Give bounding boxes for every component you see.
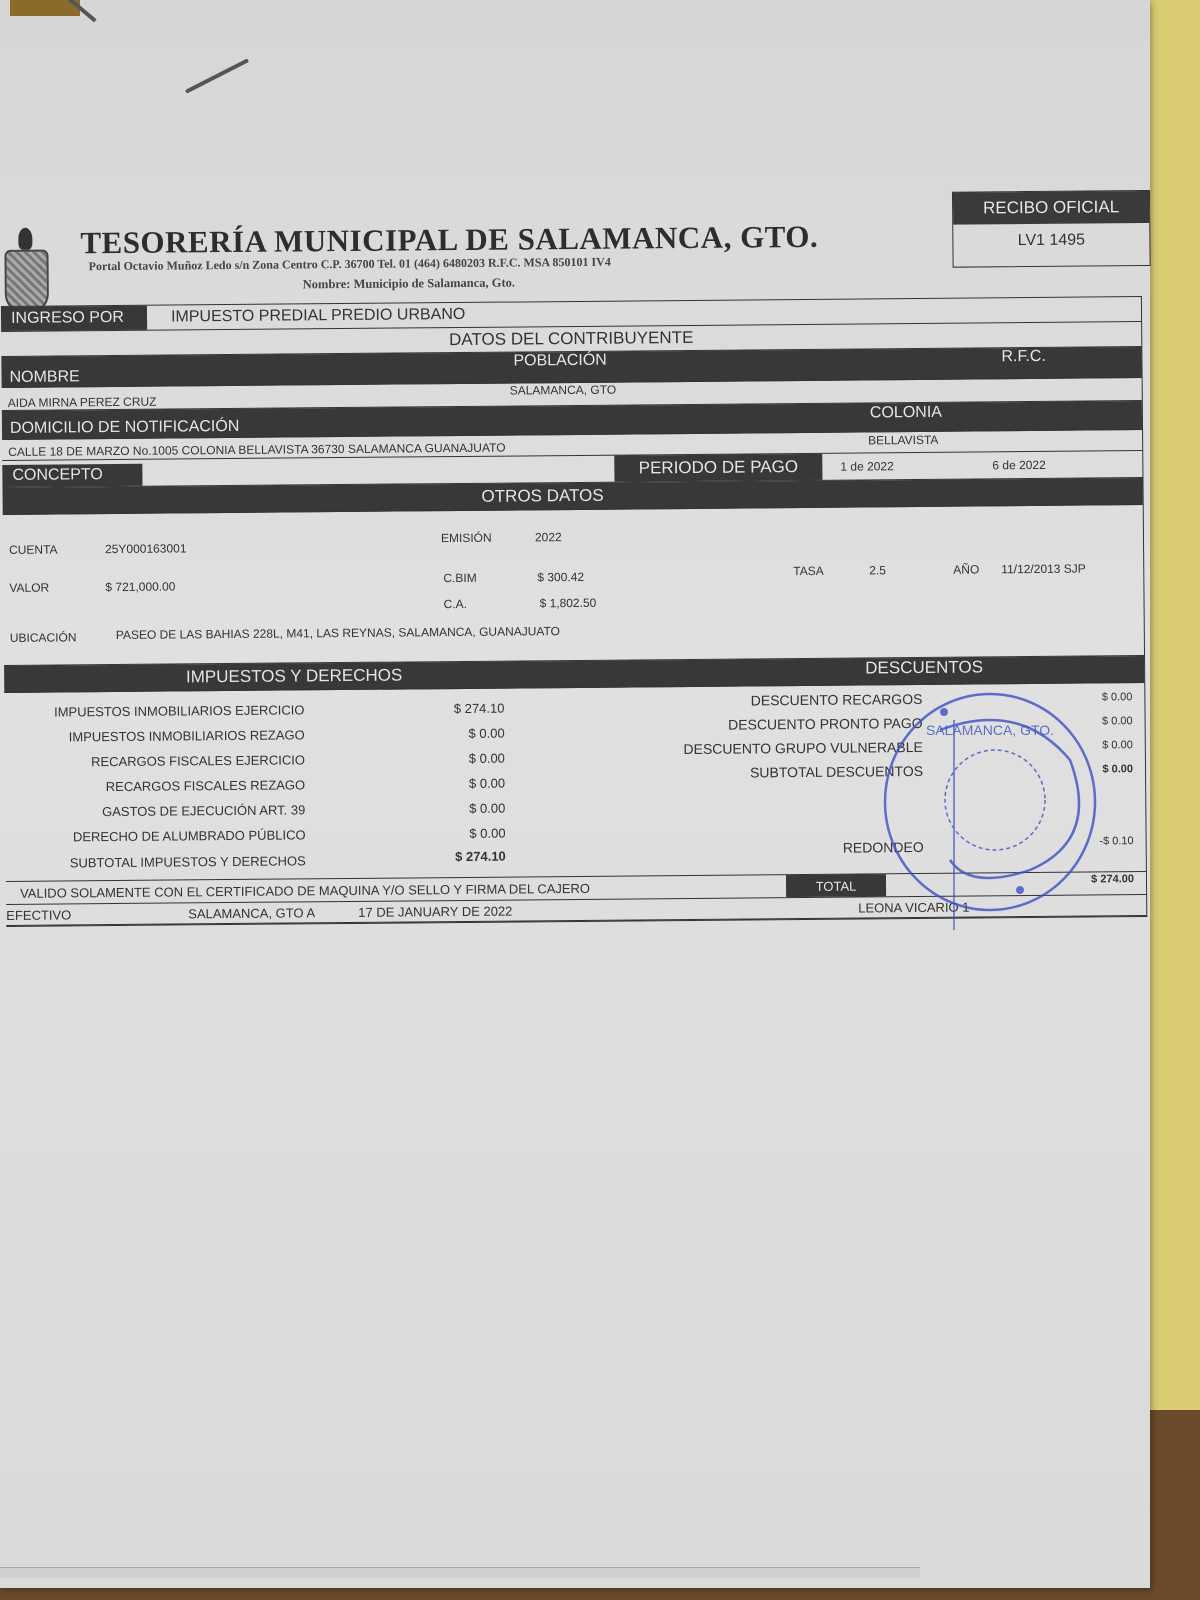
impuesto-label: RECARGOS FISCALES REZAGO [106,777,305,794]
background-wood-bottom [0,1586,1200,1600]
municipality-name: Nombre: Municipio de Salamanca, Gto. [303,276,515,293]
emision-value: 2022 [535,530,562,544]
ingreso-label: INGRESO POR [1,306,147,331]
subtotal-descuentos-amount: $ 0.00 [1102,763,1133,775]
anio-value: 11/12/2013 SJP [1001,562,1086,577]
receipt-form: INGRESO POR IMPUESTO PREDIAL PREDIO URBA… [1,296,1147,927]
ingreso-value: IMPUESTO PREDIAL PREDIO URBANO [171,303,465,330]
descuento-amount: $ 0.00 [1102,715,1133,727]
descuento-label: DESCUENTO RECARGOS [751,691,923,708]
subtotal-impuestos-label: SUBTOTAL IMPUESTOS Y DERECHOS [70,853,306,870]
subtotal-impuestos-amount: $ 274.10 [455,849,506,864]
total-amount: $ 274.00 [1091,868,1134,890]
emision-label: EMISIÓN [441,531,492,545]
total-label: TOTAL [786,874,886,897]
periodo-hasta: 6 de 2022 [992,452,1046,478]
valor-value: $ 721,000.00 [105,579,175,594]
cbim-value: $ 300.42 [537,570,584,584]
forma-pago: EFECTIVO [6,904,71,925]
impuesto-amount: $ 0.00 [469,751,505,766]
receipt-number: LV1 1495 [953,223,1149,251]
official-receipt: TESORERÍA MUNICIPAL DE SALAMANCA, GTO. P… [0,190,1140,200]
impuestos-title: IMPUESTOS Y DERECHOS [4,661,584,692]
municipal-crest-icon [4,228,45,312]
poblacion-value: SALAMANCA, GTO [510,379,617,402]
concepto-label: CONCEPTO [2,464,142,487]
redondeo-label: REDONDEO [843,839,924,856]
receipt-label: RECIBO OFICIAL [953,191,1149,225]
lugar: SALAMANCA, GTO A [188,902,315,923]
tasa-value: 2.5 [869,563,886,577]
impuesto-amount: $ 0.00 [469,826,505,841]
poblacion-label: POBLACIÓN [513,346,607,377]
ubicacion-value: PASEO DE LAS BAHIAS 228L, M41, LAS REYNA… [116,624,560,642]
tasa-label: TASA [793,564,824,578]
descuento-amount: $ 0.00 [1102,691,1133,703]
cbim-label: C.BIM [443,571,476,585]
descuentos-title: DESCUENTOS [804,654,1044,682]
paper-edge [0,1567,920,1578]
impuestos-descuentos-body: IMPUESTOS INMOBILIARIOS EJERCICIO $ 274.… [4,683,1146,881]
ca-label: C.A. [443,597,466,611]
impuesto-amount: $ 0.00 [468,726,504,741]
otros-datos-body: CUENTA 25Y000163001 EMISIÓN 2022 VALOR $… [3,505,1144,666]
descuento-label: DESCUENTO PRONTO PAGO [728,715,923,733]
subtotal-descuentos-label: SUBTOTAL DESCUENTOS [750,763,923,781]
redondeo-amount: -$ 0.10 [1099,835,1133,847]
periodo-label: PERIODO DE PAGO [614,454,822,482]
impuesto-amount: $ 0.00 [469,776,505,791]
impuesto-amount: $ 0.00 [469,801,505,816]
impuesto-label: DERECHO DE ALUMBRADO PÚBLICO [73,827,306,844]
colonia-label: COLONIA [870,399,942,428]
impuesto-label: IMPUESTOS INMOBILIARIOS REZAGO [69,727,305,744]
staple-mark [185,58,249,93]
rfc-label: R.F.C. [1001,342,1046,372]
impuesto-label: GASTOS DE EJECUCIÓN ART. 39 [102,802,305,819]
valor-label: VALOR [9,581,49,595]
caja: LEONA VICARIO 1 [858,897,969,918]
impuesto-amount: $ 274.10 [454,701,505,716]
impuesto-label: RECARGOS FISCALES EJERCICIO [91,752,305,769]
receipt-paper: TESORERÍA MUNICIPAL DE SALAMANCA, GTO. P… [0,0,1150,1588]
treasury-address: Portal Octavio Muñoz Ledo s/n Zona Centr… [89,255,611,275]
descuento-label: DESCUENTO GRUPO VULNERABLE [683,739,922,757]
receipt-number-box: RECIBO OFICIAL LV1 1495 [952,190,1151,268]
treasury-title: TESORERÍA MUNICIPAL DE SALAMANCA, GTO. [80,219,818,261]
descuento-amount: $ 0.00 [1102,739,1133,751]
colonia-value: BELLAVISTA [868,430,938,451]
cuenta-label: CUENTA [9,543,58,557]
anio-label: AÑO [953,562,979,576]
ubicacion-label: UBICACIÓN [10,630,77,645]
ca-value: $ 1,802.50 [539,596,596,610]
periodo-desde: 1 de 2022 [840,453,894,479]
fecha: 17 DE JANUARY DE 2022 [358,901,512,922]
cuenta-value: 25Y000163001 [105,541,187,556]
impuesto-label: IMPUESTOS INMOBILIARIOS EJERCICIO [54,702,305,719]
